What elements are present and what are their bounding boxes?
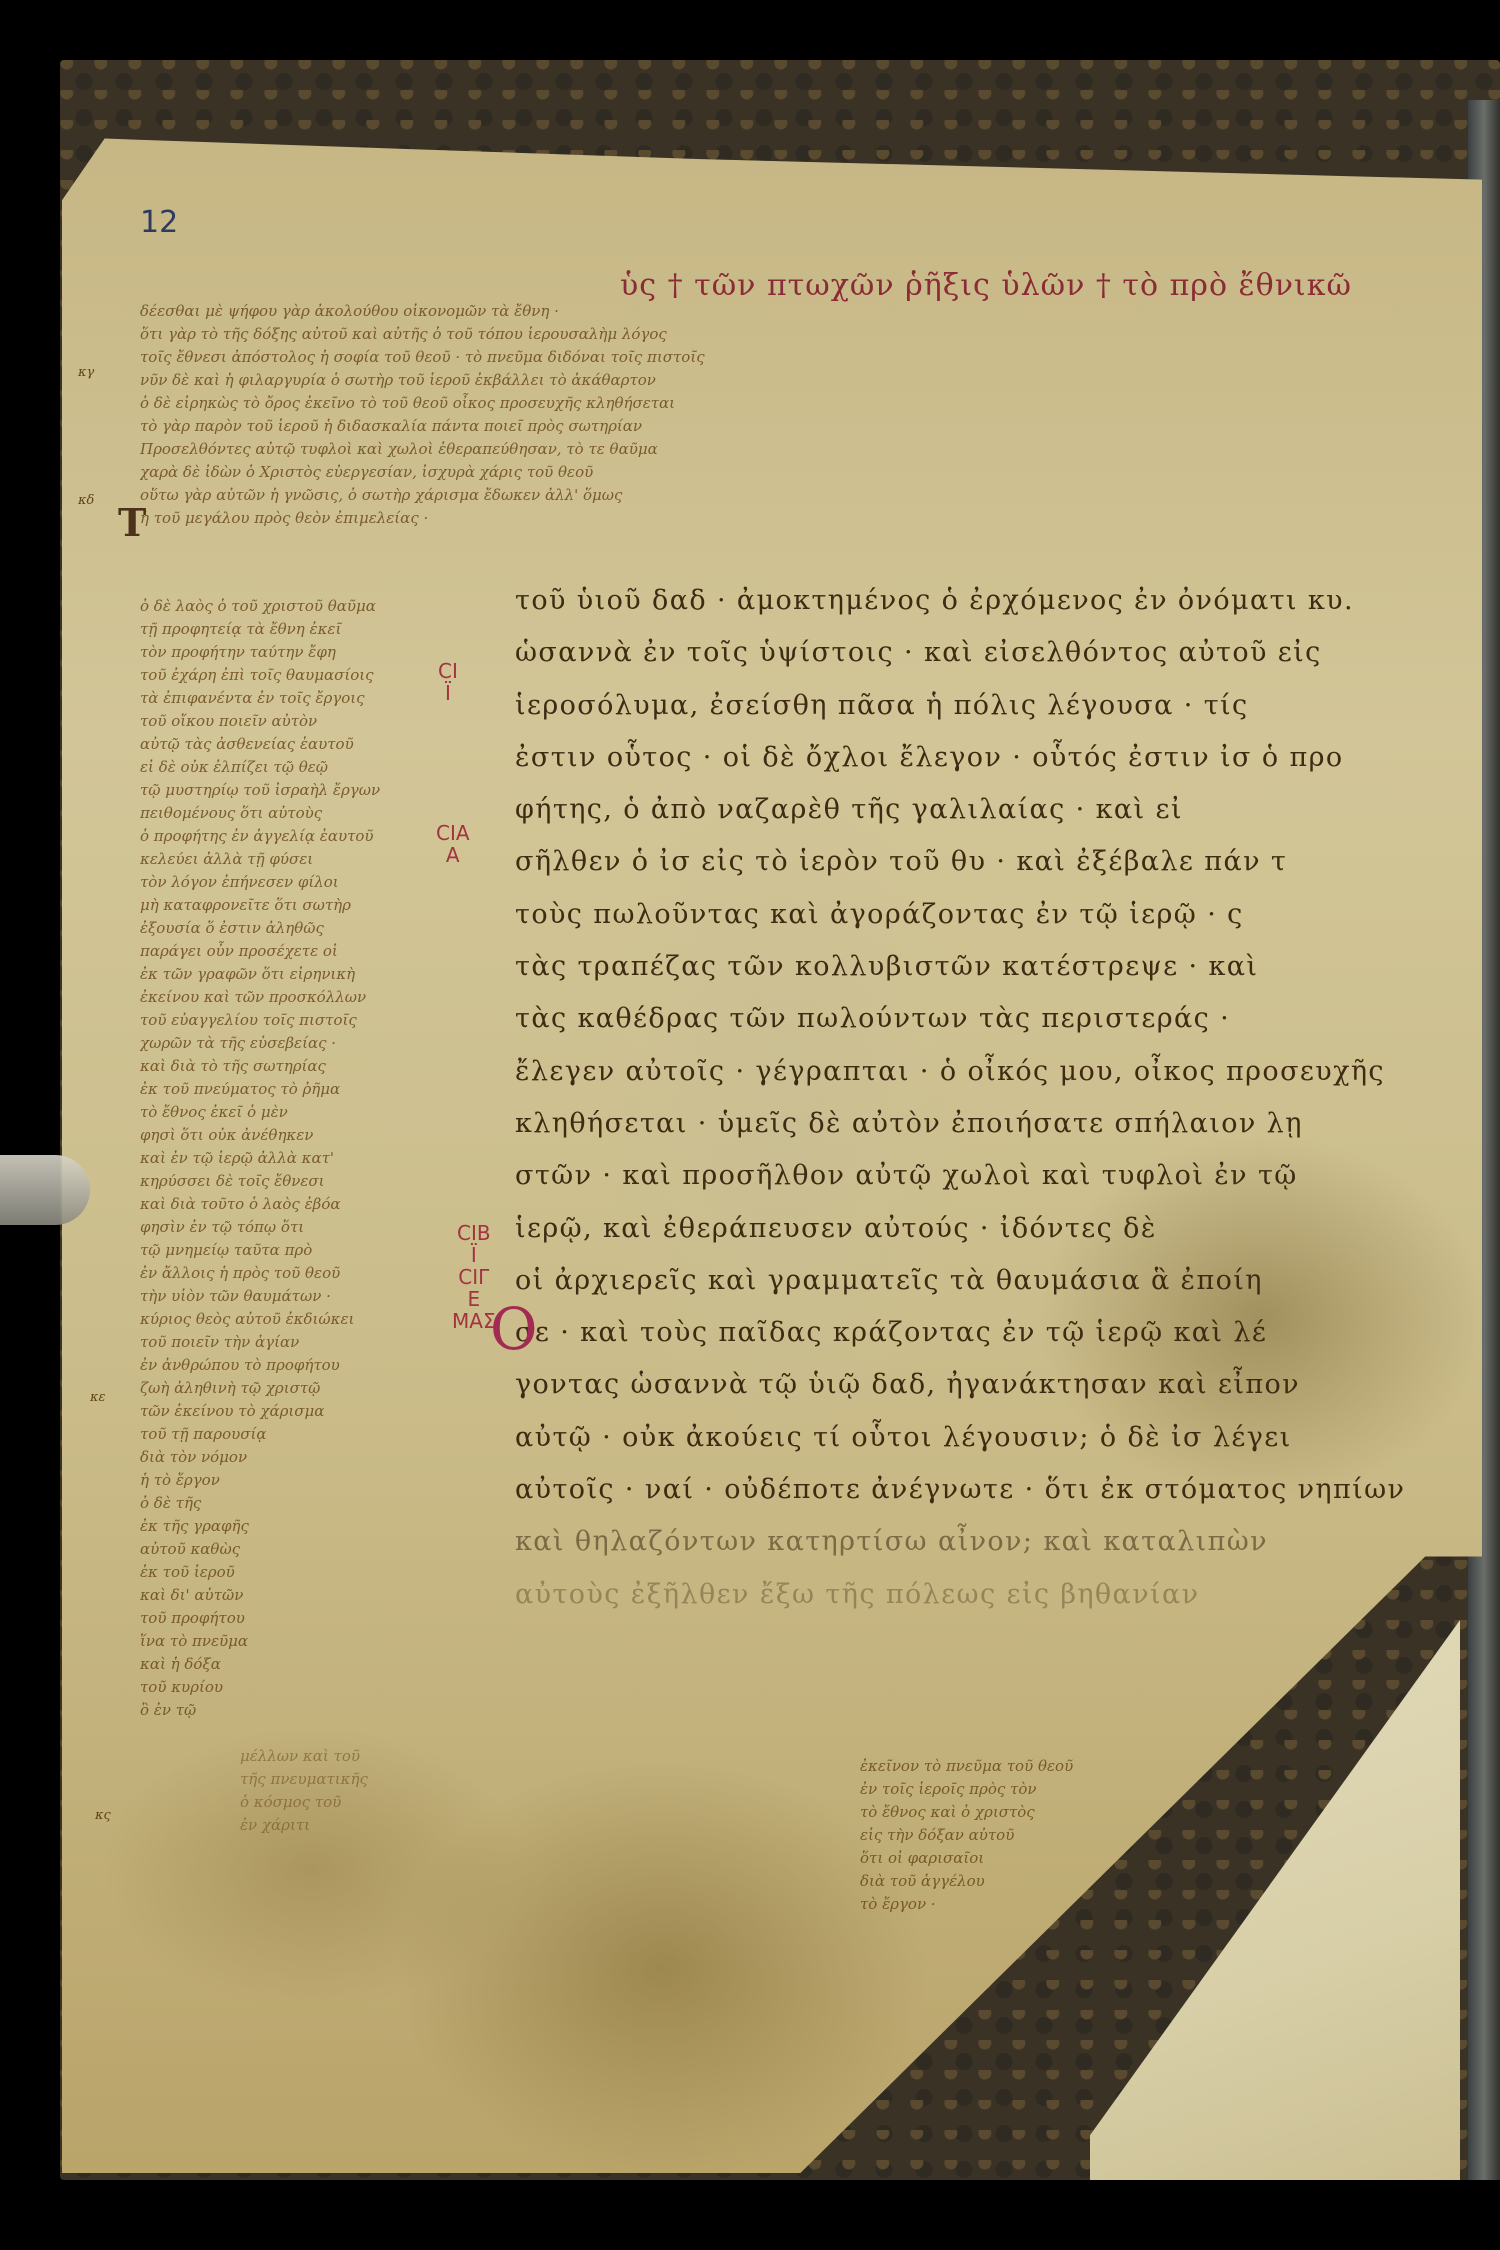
commentary-line: τοῦ κυρίου (140, 1676, 470, 1699)
commentary-line: χαρὰ δὲ ἰδὼν ὁ Χριστὸς εὐεργεσίαν, ἰσχυρ… (140, 461, 1340, 484)
marginal-mark: κδ (78, 493, 94, 508)
marginal-mark: κγ (78, 365, 94, 380)
commentary-line: Προσελθόντες αὐτῷ τυφλοὶ καὶ χωλοὶ ἐθερα… (140, 438, 1340, 461)
text-line: ἐστιν οὗτος · οἱ δὲ ὄχλοι ἔλεγον · οὗτός… (515, 732, 1335, 784)
commentary-line: τοῦ εὐαγγελίου τοῖς πιστοῖς (140, 1009, 470, 1032)
text-line: οἱ ἀρχιερεῖς καὶ γραμματεῖς τὰ θαυμάσια … (515, 1255, 1335, 1307)
commentary-line: ἐκ τοῦ πνεύματος τὸ ῥῆμα (140, 1078, 470, 1101)
commentary-line: τοῦ προφήτου (140, 1607, 470, 1630)
commentary-lower-center: μέλλων καὶ τοῦτῆς πνευματικῆςὁ κόσμος το… (240, 1745, 620, 1837)
page-clip (0, 1155, 90, 1225)
commentary-line: ὅτι γὰρ τὸ τῆς δόξης αὐτοῦ καὶ αὐτῆς ὁ τ… (140, 323, 1340, 346)
commentary-line: αὐτοῦ καθὼς (140, 1538, 470, 1561)
text-line: στῶν · καὶ προσῆλθον αὐτῷ χωλοὶ καὶ τυφλ… (515, 1150, 1335, 1202)
commentary-line: πειθομένους ὅτι αὐτοὺς (140, 802, 470, 825)
commentary-line: τὸ ἔθνος καὶ ὁ χριστὸς (860, 1801, 1220, 1824)
commentary-line: ὁ δὲ τῆς (140, 1492, 470, 1515)
commentary-line: δέεσθαι μὲ ψήφου γὰρ ἀκολούθου οἰκονομῶν… (140, 300, 1340, 323)
commentary-line: κύριος θεὸς αὐτοῦ ἐκδιώκει (140, 1308, 470, 1331)
commentary-line: ὁ δὲ λαὸς ὁ τοῦ χριστοῦ θαῦμα (140, 595, 470, 618)
commentary-line: φησὶν ἐν τῷ τόπῳ ὅτι (140, 1216, 470, 1239)
text-line: σῆλθεν ὁ ἰσ εἰς τὸ ἱερὸν τοῦ θυ · καὶ ἐξ… (515, 836, 1335, 888)
section-numeral: CIBΪCIΓΕΜΑΣ (452, 1222, 496, 1332)
commentary-left-column: ὁ δὲ λαὸς ὁ τοῦ χριστοῦ θαῦματῇ προφητεί… (140, 595, 470, 1722)
text-line: ὡσαννὰ ἐν τοῖς ὑψίστοις · καὶ εἰσελθόντο… (515, 627, 1335, 679)
marginal-mark: κς (95, 1808, 111, 1823)
commentary-line: χωρῶν τὰ τῆς εὐσεβείας · (140, 1032, 470, 1055)
commentary-line: καὶ διὰ τὸ τῆς σωτηρίας (140, 1055, 470, 1078)
commentary-line: εἰς τὴν δόξαν αὐτοῦ (860, 1824, 1220, 1847)
commentary-line: ἡ τὸ ἔργον (140, 1469, 470, 1492)
text-line: ἱερῷ, καὶ ἐθεράπευσεν αὐτούς · ἰδόντες δ… (515, 1203, 1335, 1255)
commentary-line: μὴ καταφρονεῖτε ὅτι σωτὴρ (140, 894, 470, 917)
text-line: τοῦ ὑιοῦ δαδ · ἀμοκτημένος ὁ ἐρχόμενος ἐ… (515, 575, 1335, 627)
text-line: σε · καὶ τοὺς παῖδας κράζοντας ἐν τῷ ἱερ… (515, 1307, 1335, 1359)
commentary-line: τοῦ τῇ παρουσίᾳ (140, 1423, 470, 1446)
commentary-line: ἐν χάριτι (240, 1814, 620, 1837)
commentary-line: ἡ τοῦ μεγάλου πρὸς θεὸν ἐπιμελείας · (140, 507, 1340, 530)
commentary-line: κελεύει ἀλλὰ τῇ φύσει (140, 848, 470, 871)
commentary-line: διὰ τοῦ ἀγγέλου (860, 1870, 1220, 1893)
commentary-line: ἐξουσία ὅ ἐστιν ἀληθῶς (140, 917, 470, 940)
commentary-line: ὅτι οἱ φαρισαῖοι (860, 1847, 1220, 1870)
commentary-line: φησὶ ὅτι οὐκ ἀνέθηκεν (140, 1124, 470, 1147)
commentary-line: ἐκεῖνον τὸ πνεῦμα τοῦ θεοῦ (860, 1755, 1220, 1778)
text-line: αὐτῷ · οὐκ ἀκούεις τί οὗτοι λέγουσιν; ὁ … (515, 1412, 1335, 1464)
commentary-line: ζωὴ ἀληθινὴ τῷ χριστῷ (140, 1377, 470, 1400)
text-line: ἱεροσόλυμα, ἐσείσθη πᾶσα ἡ πόλις λέγουσα… (515, 680, 1335, 732)
text-line: φήτης, ὁ ἀπὸ ναζαρὲθ τῆς γαλιλαίας · καὶ… (515, 784, 1335, 836)
commentary-line: τοῦ ἐχάρη ἐπὶ τοῖς θαυμασίοις (140, 664, 470, 687)
commentary-line: καὶ ἡ δόξα (140, 1653, 470, 1676)
decorated-initial-t: Τ (118, 500, 146, 545)
commentary-line: τοῖς ἔθνεσι ἀπόστολος ἡ σοφία τοῦ θεοῦ ·… (140, 346, 1340, 369)
commentary-line: τῶν ἐκείνου τὸ χάρισμα (140, 1400, 470, 1423)
commentary-line: παράγει οὖν προσέχετε οἱ (140, 940, 470, 963)
commentary-line: εἰ δὲ οὐκ ἐλπίζει τῷ θεῷ (140, 756, 470, 779)
commentary-line: τὸν προφήτην ταύτην ἔφη (140, 641, 470, 664)
text-line: καὶ θηλαζόντων κατηρτίσω αἶνον; καὶ κατα… (515, 1516, 1335, 1568)
commentary-line: τὰ ἐπιφανέντα ἐν τοῖς ἔργοις (140, 687, 470, 710)
commentary-line: τοῦ ποιεῖν τὴν ἁγίαν (140, 1331, 470, 1354)
commentary-line: ὁ προφήτης ἐν ἀγγελίᾳ ἑαυτοῦ (140, 825, 470, 848)
commentary-line: καὶ δι' αὐτῶν (140, 1584, 470, 1607)
commentary-line: κηρύσσει δὲ τοῖς ἔθνεσι (140, 1170, 470, 1193)
commentary-line: διὰ τὸν νόμον (140, 1446, 470, 1469)
commentary-line: τῷ μυστηρίῳ τοῦ ἰσραὴλ ἔργων (140, 779, 470, 802)
page-number: 12 (140, 205, 178, 240)
commentary-line: μέλλων καὶ τοῦ (240, 1745, 620, 1768)
text-line: τοὺς πωλοῦντας καὶ ἀγοράζοντας ἐν τῷ ἱερ… (515, 889, 1335, 941)
commentary-line: οὕτω γὰρ αὐτῶν ἡ γνῶσις, ὁ σωτὴρ χάρισμα… (140, 484, 1340, 507)
commentary-line: τὴν υἱὸν τῶν θαυμάτων · (140, 1285, 470, 1308)
text-line: κληθήσεται · ὑμεῖς δὲ αὐτὸν ἐποιήσατε σπ… (515, 1098, 1335, 1150)
commentary-line: τὸ ἔθνος ἐκεῖ ὁ μὲν (140, 1101, 470, 1124)
commentary-top: δέεσθαι μὲ ψήφου γὰρ ἀκολούθου οἰκονομῶν… (140, 300, 1340, 530)
commentary-line: τῆς πνευματικῆς (240, 1768, 620, 1791)
marginal-mark: κε (90, 1390, 106, 1405)
text-line: τὰς καθέδρας τῶν πωλούντων τὰς περιστερά… (515, 993, 1335, 1045)
commentary-line: ὁ δὲ εἰρηκὼς τὸ ὄρος ἐκεῖνο τὸ τοῦ θεοῦ … (140, 392, 1340, 415)
commentary-line: τὸν λόγον ἐπήνεσεν φίλοι (140, 871, 470, 894)
commentary-line: καὶ ἐν τῷ ἱερῷ ἀλλὰ κατ' (140, 1147, 470, 1170)
commentary-line: ὁ κόσμος τοῦ (240, 1791, 620, 1814)
commentary-line: ἐκ τῶν γραφῶν ὅτι εἰρηνικὴ (140, 963, 470, 986)
section-numeral: CIAΑ (436, 822, 470, 866)
commentary-line: ὃ ἐν τῷ (140, 1699, 470, 1722)
commentary-line: τῇ προφητείᾳ τὰ ἔθνη ἐκεῖ (140, 618, 470, 641)
commentary-line: τῷ μνημείῳ ταῦτα πρὸ (140, 1239, 470, 1262)
commentary-line: ἐκ τῆς γραφῆς (140, 1515, 470, 1538)
commentary-line: ἐν ἄλλοις ἡ πρὸς τοῦ θεοῦ (140, 1262, 470, 1285)
commentary-line: ἐν τοῖς ἱεροῖς πρὸς τὸν (860, 1778, 1220, 1801)
commentary-line: τοῦ οἴκου ποιεῖν αὐτὸν (140, 710, 470, 733)
rubric-heading: ὑς † τῶν πτωχῶν ῥῆξις ὑλῶν † τὸ πρὸ ἔθνι… (620, 268, 1352, 303)
main-text-column: τοῦ ὑιοῦ δαδ · ἀμοκτημένος ὁ ἐρχόμενος ἐ… (515, 575, 1335, 1621)
commentary-line: αὐτῷ τὰς ἀσθενείας ἑαυτοῦ (140, 733, 470, 756)
section-numeral: CIΪ (438, 660, 458, 704)
commentary-line: καὶ διὰ τοῦτο ὁ λαὸς ἐβόα (140, 1193, 470, 1216)
text-line: τὰς τραπέζας τῶν κολλυβιστῶν κατέστρεψε … (515, 941, 1335, 993)
text-line: γοντας ὡσαννὰ τῷ ὑιῷ δαδ, ἠγανάκτησαν κα… (515, 1359, 1335, 1411)
text-line: αὐτοὺς ἐξῆλθεν ἔξω τῆς πόλεως εἰς βηθανί… (515, 1569, 1335, 1621)
commentary-line: ἐκ τοῦ ἱεροῦ (140, 1561, 470, 1584)
text-line: ἔλεγεν αὐτοῖς · γέγραπται · ὁ οἶκός μου,… (515, 1046, 1335, 1098)
commentary-line: τὸ ἔργον · (860, 1893, 1220, 1916)
text-line: αὐτοῖς · ναί · οὐδέποτε ἀνέγνωτε · ὅτι ἐ… (515, 1464, 1335, 1516)
commentary-line: ἐκείνου καὶ τῶν προσκόλλων (140, 986, 470, 1009)
commentary-line: τὸ γὰρ παρὸν τοῦ ἱεροῦ ἡ διδασκαλία πάντ… (140, 415, 1340, 438)
rubricated-initial-o: Ο (490, 1295, 538, 1363)
commentary-line: ἐν ἀνθρώπου τὸ προφήτου (140, 1354, 470, 1377)
commentary-line: νῦν δὲ καὶ ἡ φιλαργυρία ὁ σωτὴρ τοῦ ἱερο… (140, 369, 1340, 392)
commentary-lower-right: ἐκεῖνον τὸ πνεῦμα τοῦ θεοῦἐν τοῖς ἱεροῖς… (860, 1755, 1220, 1916)
commentary-line: ἵνα τὸ πνεῦμα (140, 1630, 470, 1653)
